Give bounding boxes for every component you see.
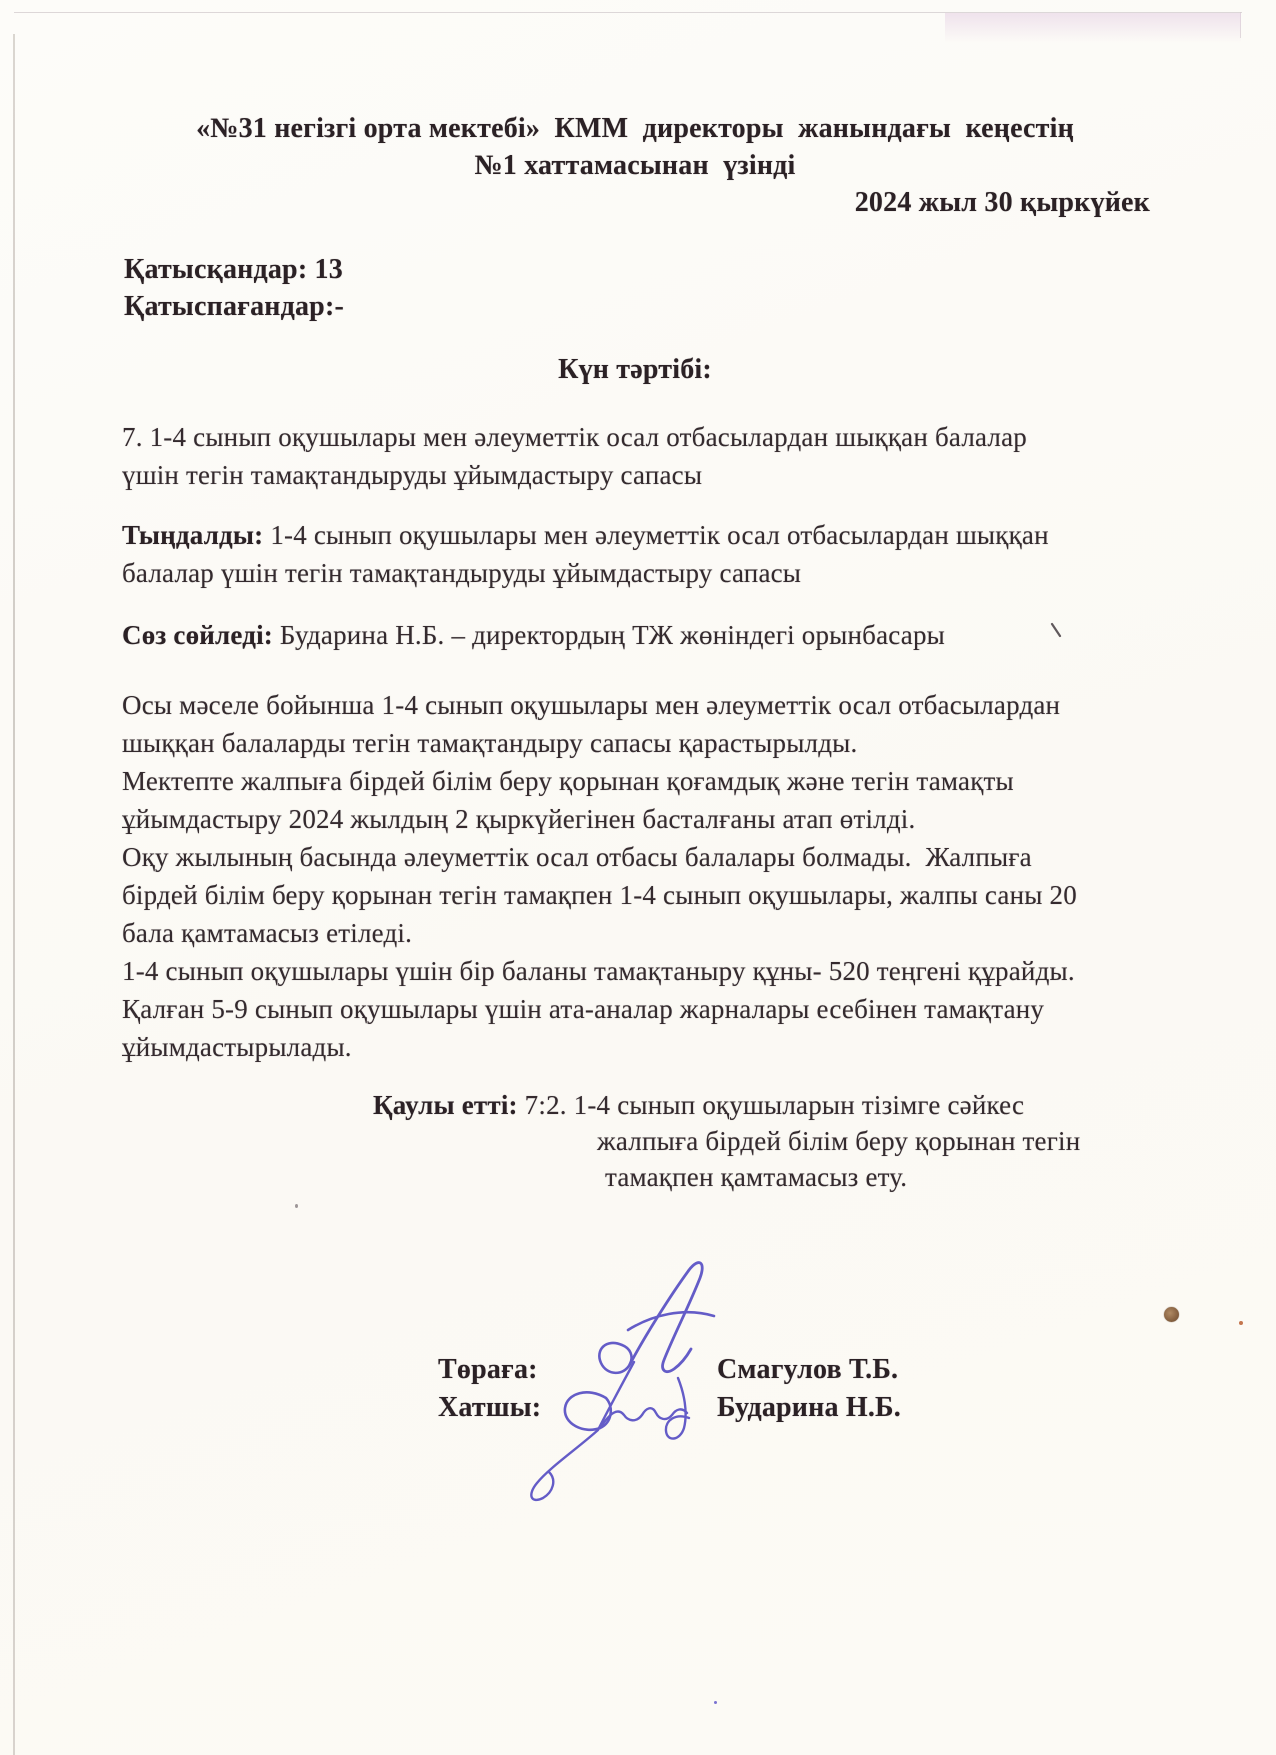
agenda-heading: Күн тәртібі: (120, 353, 1150, 387)
document-date: 2024 жыл 30 қыркүйек (120, 186, 1150, 220)
resolution-line2: жалпыға бірдей білім беру қорынан тегін (597, 1122, 1080, 1160)
attendance-present: Қатысқандар: 13 (124, 253, 343, 287)
brown-ink-stain (1164, 1307, 1179, 1322)
secretary-label: Хатшы: (438, 1391, 541, 1425)
heard-label: Тыңдалды: (122, 520, 263, 550)
orange-speck (1239, 1321, 1243, 1325)
resolution-label: Қаулы етті: (373, 1090, 518, 1120)
body-paragraph: Осы мәселе бойынша 1-4 сынып оқушылары м… (122, 686, 1132, 1066)
scanned-protocol-page: «№31 негізгі орта мектебі» КММ директоры… (0, 0, 1276, 1755)
document-title-line2: №1 хаттамасынан үзінді (120, 149, 1150, 183)
gray-speck (295, 1204, 298, 1208)
chairman-label: Төраға: (438, 1353, 538, 1387)
speaker-paragraph: Сөз сөйледі: Бударина Н.Б. – директордың… (122, 616, 1122, 654)
document-title-line1: «№31 негізгі орта мектебі» КММ директоры… (120, 112, 1150, 146)
resolution-line1-text: 7:2. 1-4 сынып оқушыларын тізімге сәйкес (518, 1090, 1024, 1120)
chairman-name: Смагулов Т.Б. (717, 1353, 898, 1387)
agenda-item: 7. 1-4 сынып оқушылары мен әлеуметтік ос… (122, 418, 1122, 494)
resolution-line3: тамақпен қамтамасыз ету. (605, 1158, 907, 1196)
resolution-line1: Қаулы етті: 7:2. 1-4 сынып оқушыларын ті… (373, 1086, 1153, 1124)
scan-left-edge-line (13, 34, 15, 1755)
attendance-absent: Қатыспағандар:- (124, 290, 344, 324)
scan-pink-band (945, 13, 1241, 43)
heard-paragraph: Тыңдалды: 1-4 сынып оқушылары мен әлеуме… (122, 516, 1122, 592)
speaker-text: Бударина Н.Б. – директордың ТЖ жөніндегі… (273, 620, 945, 650)
speaker-label: Сөз сөйледі: (122, 620, 273, 650)
blue-speck (714, 1701, 717, 1704)
secretary-name: Бударина Н.Б. (717, 1391, 901, 1425)
